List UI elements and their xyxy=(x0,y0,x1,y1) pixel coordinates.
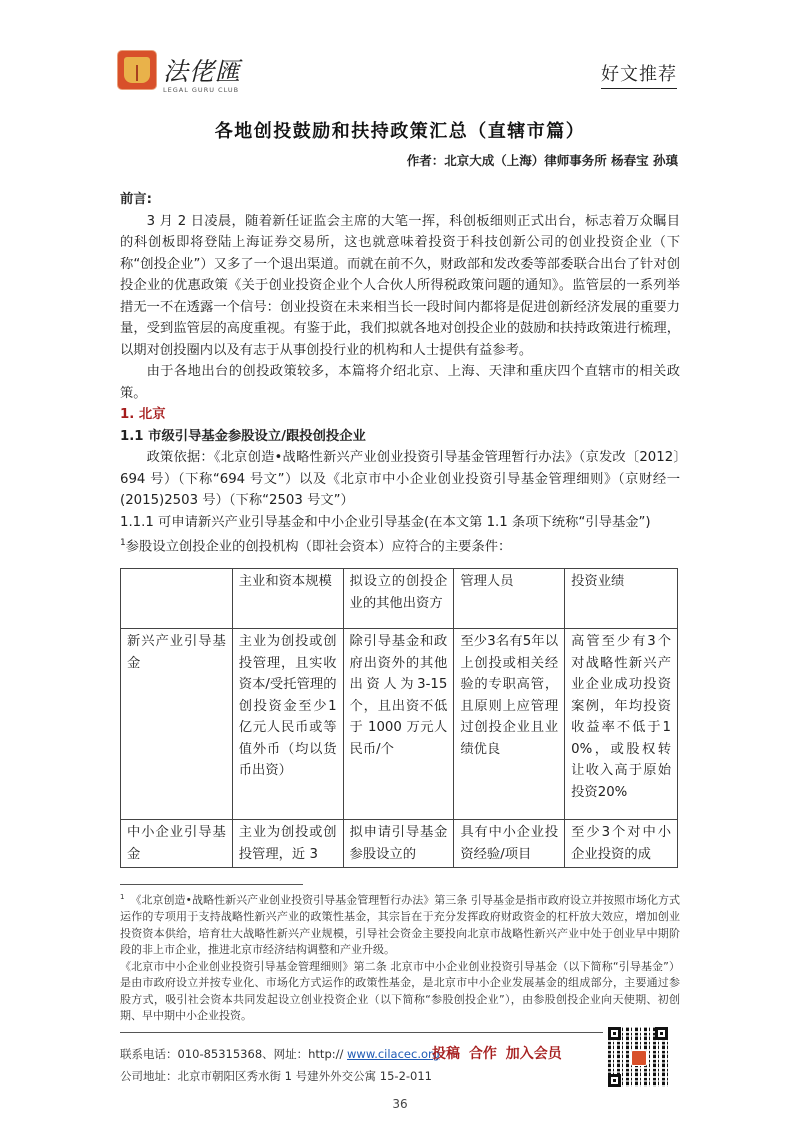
table-cell: 至少3个对中小企业投资的成 xyxy=(565,820,678,868)
table-cell: 中小企业引导基金 xyxy=(121,820,233,868)
page-number: 36 xyxy=(0,1097,800,1111)
preface-label: 前言: xyxy=(120,189,680,211)
table-cell: 具有中小企业投资经验/项目 xyxy=(454,820,565,868)
clause-continuation: 1参股设立创投企业的创投机构（即社会资本）应符合的主要条件： xyxy=(120,533,680,558)
tree-icon xyxy=(124,57,150,83)
footnote: 《北京市中小企业创业投资引导基金管理细则》第二条 北京市中小企业创业投资引导基金… xyxy=(120,959,680,1025)
footer-divider xyxy=(120,1032,603,1033)
table-cell: 新兴产业引导基金 xyxy=(121,629,233,820)
table-cell: 除引导基金和政府出资外的其他出资人为3-15个，且出资不低于 1000 万元人民… xyxy=(343,629,454,820)
section-heading: 1. 北京 xyxy=(120,404,680,426)
footnotes: 1《北京创造•战略性新兴产业创业投资引导基金管理暂行办法》第三条 引导基金是指市… xyxy=(120,889,680,1025)
contact-info: 联系电话：010-85315368、网址：http:// www.cilacec… xyxy=(120,1043,440,1087)
table-row: 新兴产业引导基金 主业为创投或创投管理，且实收资本/受托管理的创投资金至少1亿元… xyxy=(121,629,678,820)
table-header: 主业和资本规模 xyxy=(232,569,343,629)
table-header-row: 主业和资本规模 拟设立的创投企业的其他出资方 管理人员 投资业绩 xyxy=(121,569,678,629)
contact-line: 联系电话：010-85315368、网址：http:// www.cilacec… xyxy=(120,1043,440,1065)
table-cell: 拟申请引导基金参股设立的 xyxy=(343,820,454,868)
document-title: 各地创投鼓励和扶持政策汇总（直辖市篇） xyxy=(0,117,800,143)
header-tag: 好文推荐 xyxy=(601,60,677,89)
logo-subtitle: LEGAL GURU CLUB xyxy=(163,86,239,94)
table-cell: 主业为创投或创投管理，且实收资本/受托管理的创投资金至少1亿元人民币或等值外币（… xyxy=(232,629,343,820)
logo-emblem xyxy=(118,51,156,89)
document-body: 前言: 3 月 2 日凌晨，随着新任证监会主席的大笔一挥，科创板细则正式出台，标… xyxy=(120,189,680,558)
paragraph: 由于各地出台的创投政策较多，本篇将介绍北京、上海、天津和重庆四个直辖市的相关政策… xyxy=(120,361,680,404)
table-cell: 主业为创投或创投管理，近 3 xyxy=(232,820,343,868)
logo-text: 法佬匯 xyxy=(163,52,241,88)
footnote-divider xyxy=(120,884,303,885)
qr-code-icon xyxy=(608,1027,668,1087)
qr-finder xyxy=(655,1027,668,1040)
policy-basis: 政策依据：《北京创造•战略性新兴产业创业投资引导基金管理暂行办法》（京发改〔20… xyxy=(120,447,680,512)
footnote: 1《北京创造•战略性新兴产业创业投资引导基金管理暂行办法》第三条 引导基金是指市… xyxy=(120,889,680,959)
author-byline: 作者：北京大成（上海）律师事务所 杨春宝 孙瑱 xyxy=(407,151,678,169)
paragraph: 3 月 2 日凌晨，随着新任证监会主席的大笔一挥，科创板细则正式出台，标志着万众… xyxy=(120,211,680,362)
table-row: 中小企业引导基金 主业为创投或创投管理，近 3 拟申请引导基金参股设立的 具有中… xyxy=(121,820,678,868)
table-header: 投资业绩 xyxy=(565,569,678,629)
address-line: 公司地址：北京市朝阳区秀水街 1 号建外外交公寓 15-2-011 xyxy=(120,1065,440,1087)
table-cell: 至少3名有5年以上创投或相关经验的专职高管，且原则上应管理过创投企业且业绩优良 xyxy=(454,629,565,820)
qr-logo-icon xyxy=(631,1050,647,1066)
qr-finder xyxy=(608,1074,621,1087)
clause-heading: 1.1.1 可申请新兴产业引导基金和中小企业引导基金(在本文第 1.1 条项下统… xyxy=(120,512,680,534)
table-header: 管理人员 xyxy=(454,569,565,629)
conditions-table: 主业和资本规模 拟设立的创投企业的其他出资方 管理人员 投资业绩 新兴产业引导基… xyxy=(120,568,678,868)
website-link[interactable]: www.cilacec.org xyxy=(347,1047,440,1061)
call-to-action[interactable]: 投稿 合作 加入会员 xyxy=(432,1043,562,1063)
subsection-heading: 1.1 市级引导基金参股设立/跟投创投企业 xyxy=(120,426,680,448)
table-header xyxy=(121,569,233,629)
qr-finder xyxy=(608,1027,621,1040)
table-cell: 高管至少有3个对战略性新兴产业企业成功投资案例，年均投资收益率不低于10%，或股… xyxy=(565,629,678,820)
table-header: 拟设立的创投企业的其他出资方 xyxy=(343,569,454,629)
